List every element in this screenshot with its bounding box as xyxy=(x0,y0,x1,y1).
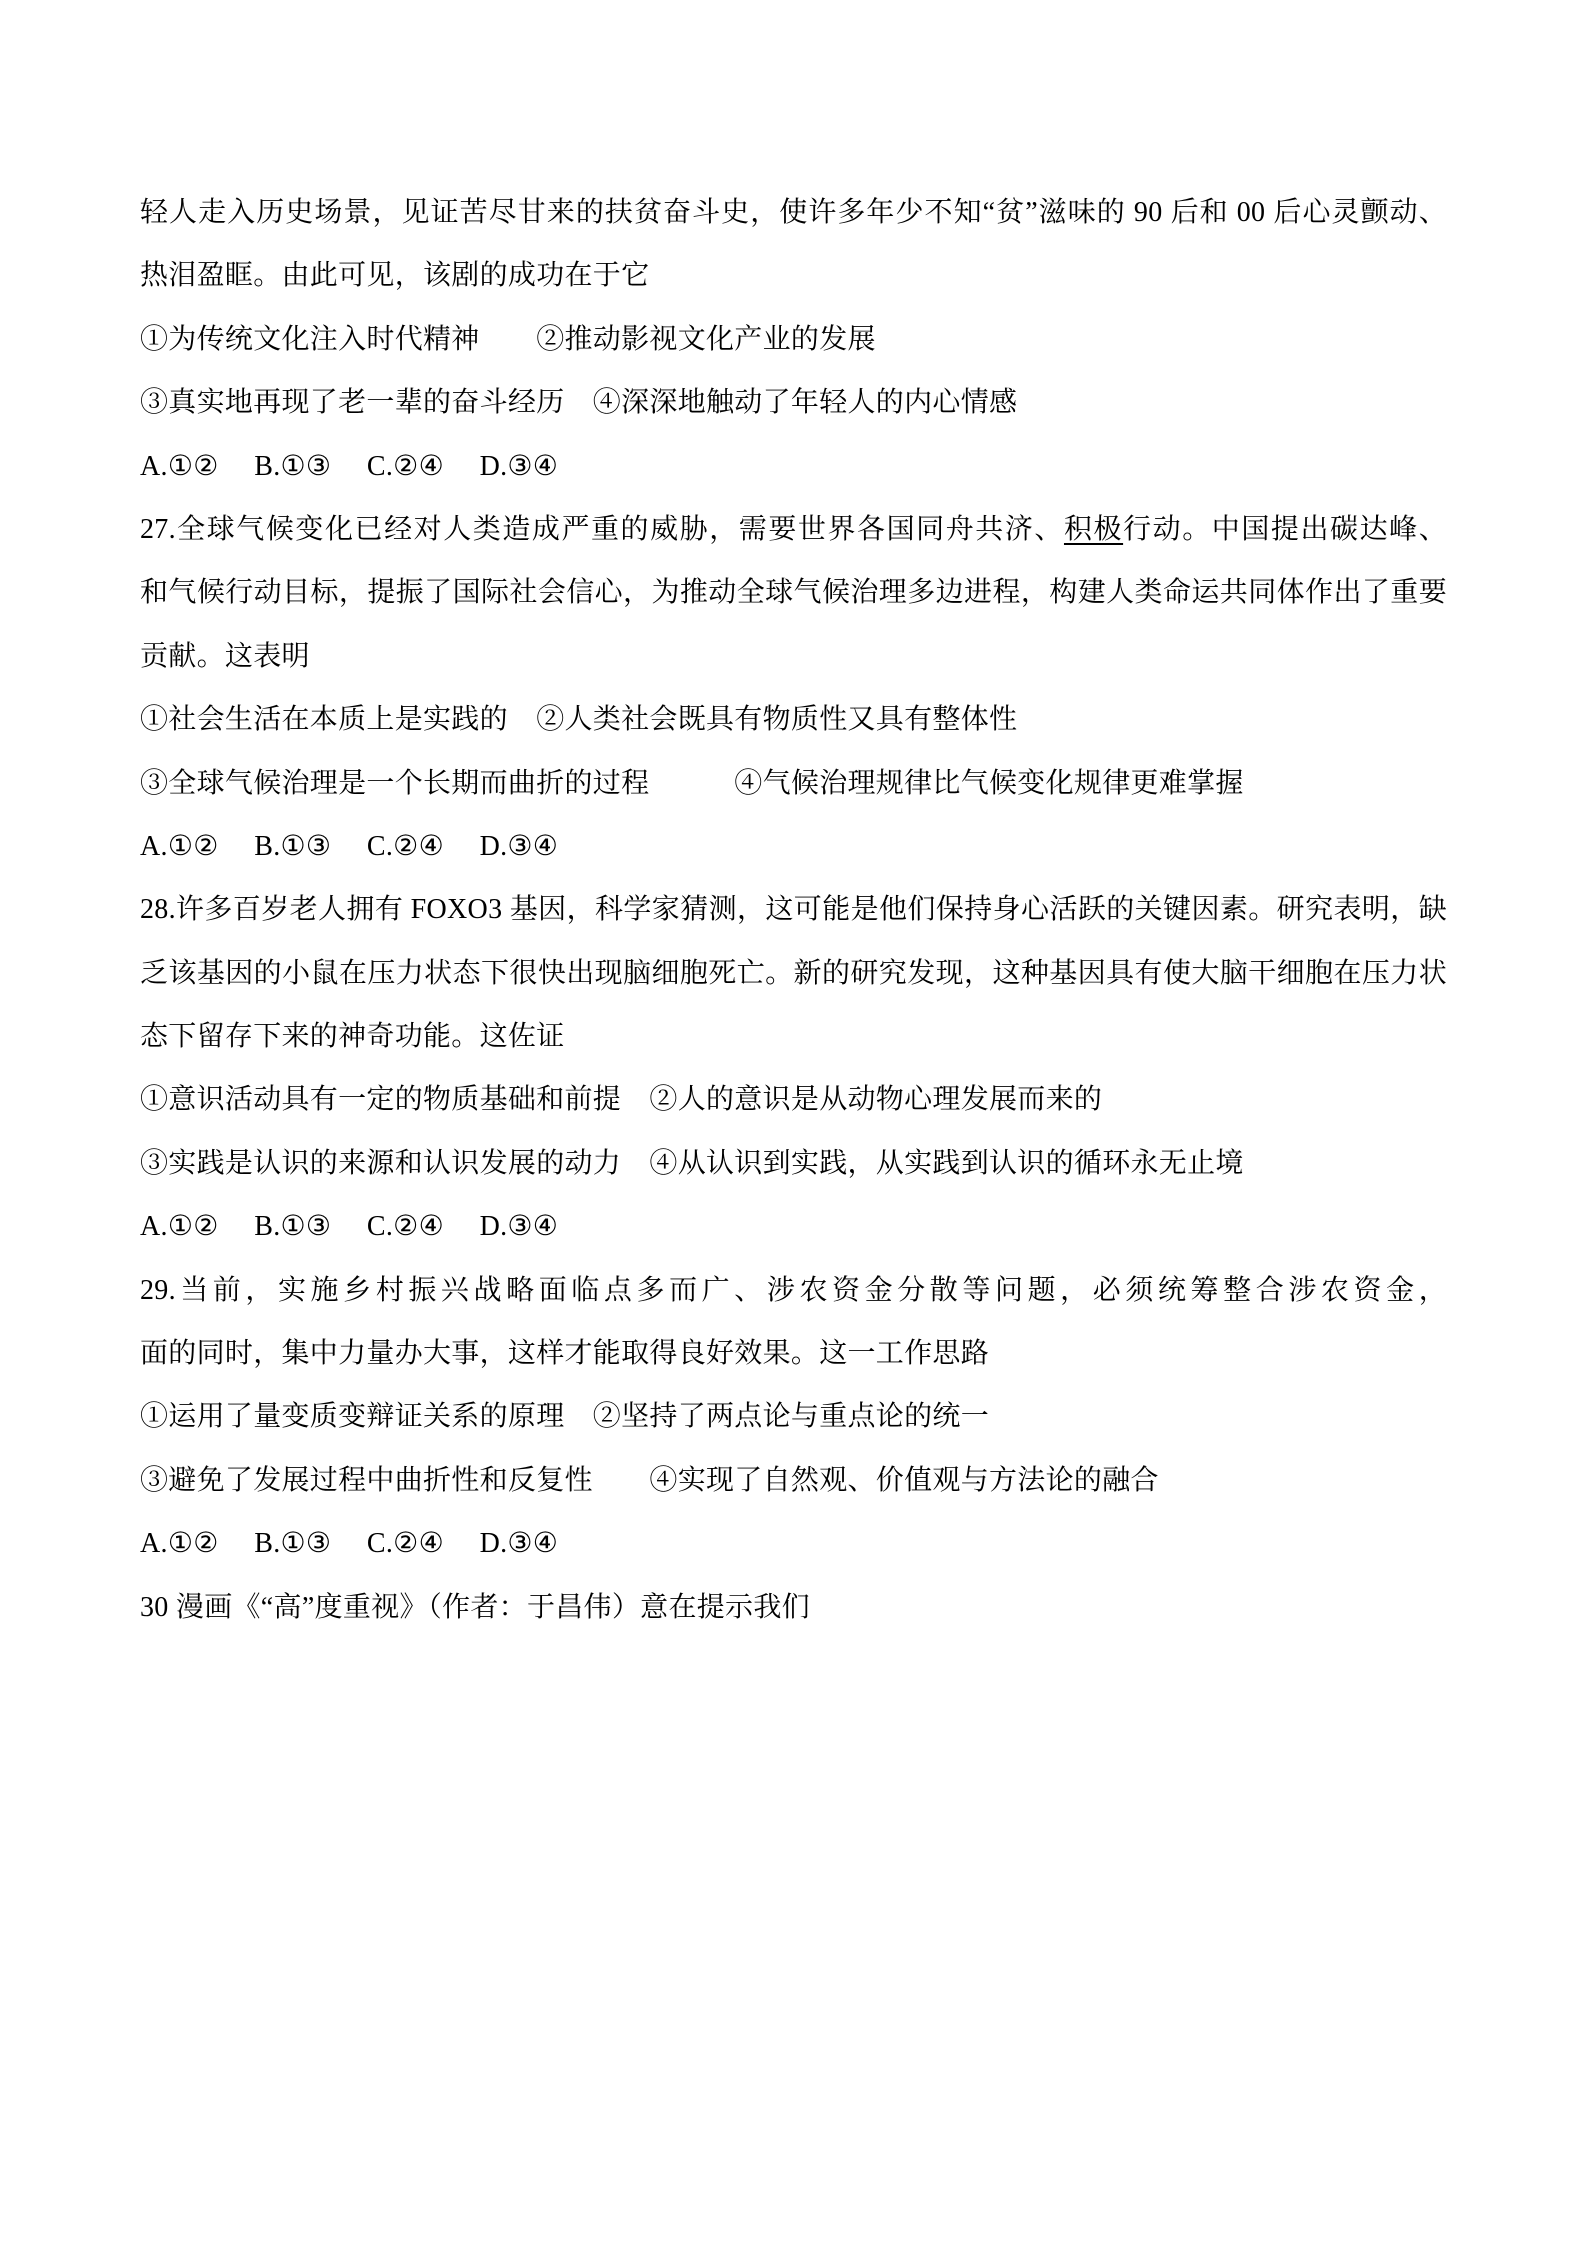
q29-option-row-2: ③避免了发展过程中曲折性和反复性 ④实现了自然观、价值观与方法论的融合 xyxy=(140,1449,1447,1512)
q27-stem-line-3: 贡献。这表明 xyxy=(140,625,1447,688)
q27-underlined-term: 积极 xyxy=(1064,514,1123,545)
q29-answer-row: A.①② B.①③ C.②④ D.③④ xyxy=(140,1512,1447,1575)
q27-stem-line-2: 和气候行动目标，提振了国际社会信心，为推动全球气候治理多边进程，构建人类命运共同… xyxy=(140,561,1447,624)
q27-option-row-2: ③全球气候治理是一个长期而曲折的过程 ④气候治理规律比气候变化规律更难掌握 xyxy=(140,752,1447,815)
q28-option-row-1: ①意识活动具有一定的物质基础和前提 ②人的意识是从动物心理发展而来的 xyxy=(140,1068,1447,1131)
q27-option-row-1: ①社会生活在本质上是实践的 ②人类社会既具有物质性又具有整体性 xyxy=(140,688,1447,751)
q29-stem-line-2: 面的同时，集中力量办大事，这样才能取得良好效果。这一工作思路 xyxy=(140,1322,1447,1385)
q29-stem-line-1: 29.当前，实施乡村振兴战略面临点多而广、涉农资金分散等问题，必须统筹整合涉农资… xyxy=(140,1259,1447,1322)
q26-stem-line-2: 热泪盈眶。由此可见，该剧的成功在于它 xyxy=(140,244,1447,307)
q28-stem-line-2: 乏该基因的小鼠在压力状态下很快出现脑细胞死亡。新的研究发现，这种基因具有使大脑干… xyxy=(140,942,1447,1005)
q28-stem-line-3: 态下留存下来的神奇功能。这佐证 xyxy=(140,1005,1447,1068)
q26-option-row-1: ①为传统文化注入时代精神 ②推动影视文化产业的发展 xyxy=(140,308,1447,371)
q29-option-row-1: ①运用了量变质变辩证关系的原理 ②坚持了两点论与重点论的统一 xyxy=(140,1385,1447,1448)
q27-stem-line-1: 27.全球气候变化已经对人类造成严重的威胁，需要世界各国同舟共济、积极行动。中国… xyxy=(140,498,1447,561)
q28-answer-row: A.①② B.①③ C.②④ D.③④ xyxy=(140,1195,1447,1258)
exam-page: 轻人走入历史场景，见证苦尽甘来的扶贫奋斗史，使许多年少不知“贫”滋味的 90 后… xyxy=(0,0,1587,2245)
q30-stem-line-1: 30 漫画《“高”度重视》（作者：于昌伟）意在提示我们 xyxy=(140,1576,1447,1639)
q26-option-row-2: ③真实地再现了老一辈的奋斗经历 ④深深地触动了年轻人的内心情感 xyxy=(140,371,1447,434)
q28-stem-line-1: 28.许多百岁老人拥有 FOXO3 基因，科学家猜测，这可能是他们保持身心活跃的… xyxy=(140,878,1447,941)
q26-answer-row: A.①② B.①③ C.②④ D.③④ xyxy=(140,435,1447,498)
exam-text-block: 轻人走入历史场景，见证苦尽甘来的扶贫奋斗史，使许多年少不知“贫”滋味的 90 后… xyxy=(140,181,1447,1639)
q26-stem-line-1: 轻人走入历史场景，见证苦尽甘来的扶贫奋斗史，使许多年少不知“贫”滋味的 90 后… xyxy=(140,181,1447,244)
q27-stem-line-1-before: 27.全球气候变化已经对人类造成严重的威胁，需要世界各国同舟共济、 xyxy=(140,514,1064,545)
q27-answer-row: A.①② B.①③ C.②④ D.③④ xyxy=(140,815,1447,878)
q28-option-row-2: ③实践是认识的来源和认识发展的动力 ④从认识到实践，从实践到认识的循环永无止境 xyxy=(140,1132,1447,1195)
